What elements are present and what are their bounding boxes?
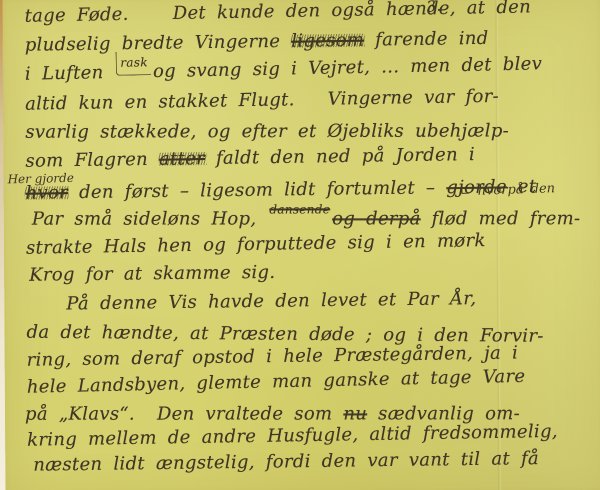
handwritten-text: næsten lidt ængstelig, fordi den var van… [33, 448, 539, 476]
manuscript-line: På denne Vis havde den levet et Par År, [66, 288, 476, 315]
manuscript-paper: 3. Her gjorde ∟ hvorpå den tage Føde. De… [2, 0, 600, 490]
manuscript-line: Par små sideløns Hop, dansendeog derpå f… [32, 208, 581, 231]
manuscript-line: Krog for at skamme sig. [29, 262, 275, 287]
crossed-out-text: gjorde [446, 176, 507, 198]
handwritten-text: ring, som deraf opstod i hele Præstegård… [27, 342, 519, 370]
handwritten-text: pludselig bredte Vingerne [25, 31, 292, 56]
handwritten-text: faldt den ned på Jorden i [205, 144, 475, 169]
handwritten-text: hele Landsbyen, glemte man ganske at tag… [27, 366, 526, 398]
manuscript-line: næsten lidt ængstelig, fordi den var van… [33, 448, 539, 477]
handwritten-text: flød med frem- [421, 208, 581, 229]
manuscript-line: strakte Hals hen og forputtede sig i en … [26, 230, 486, 260]
handwritten-text: altid kun en stakket Flugt. Vingerne var… [25, 86, 499, 115]
crossed-out-text: atter [159, 148, 205, 170]
manuscript-line: som Flagren atter faldt den ned på Jorde… [25, 144, 475, 173]
handwritten-text: svarlig stækkede, og efter et Øjebliks u… [25, 120, 509, 142]
handwritten-text: Par små sideløns Hop, [32, 208, 268, 229]
handwritten-text: som Flagren [25, 149, 159, 172]
manuscript-line: hele Landsbyen, glemte man ganske at tag… [27, 366, 526, 399]
inserted-text: rask [115, 51, 151, 76]
handwritten-text: tage Føde. Det kunde den også hænde, at … [24, 0, 531, 27]
handwritten-text: strakte Hals hen og forputtede sig i en … [26, 230, 486, 259]
crossed-out-text: og derpå [332, 208, 421, 229]
handwritten-text: og svang sig i Vejret, ... men det blev [153, 53, 542, 82]
handwritten-text: på „Klavs“. Den vraltede som [25, 403, 343, 424]
handwritten-text: På denne Vis havde den levet et Par År, [66, 288, 476, 314]
crossed-out-text: ligesom [291, 30, 364, 52]
handwritten-text: den først – ligesom lidt fortumlet – [68, 177, 447, 203]
handwritten-text: farende ind [364, 28, 489, 51]
scanned-manuscript-page: 3. Her gjorde ∟ hvorpå den tage Føde. De… [0, 0, 600, 490]
manuscript-line: altid kun en stakket Flugt. Vingerne var… [25, 86, 499, 116]
manuscript-line: i Luften raskog svang sig i Vejret, ... … [25, 53, 543, 88]
manuscript-line: tage Føde. Det kunde den også hænde, at … [24, 0, 531, 28]
handwritten-text: i Luften [25, 62, 115, 85]
handwritten-text: et [507, 176, 537, 197]
handwritten-text: Krog for at skamme sig. [29, 262, 275, 286]
crossed-out-text: dansende [269, 198, 330, 220]
manuscript-line: svarlig stækkede, og efter et Øjebliks u… [25, 120, 509, 143]
crossed-out-text: hvor [26, 182, 69, 204]
crossed-out-text: nu [343, 403, 367, 424]
manuscript-line: pludselig bredte Vingerne ligesom farend… [25, 28, 489, 57]
